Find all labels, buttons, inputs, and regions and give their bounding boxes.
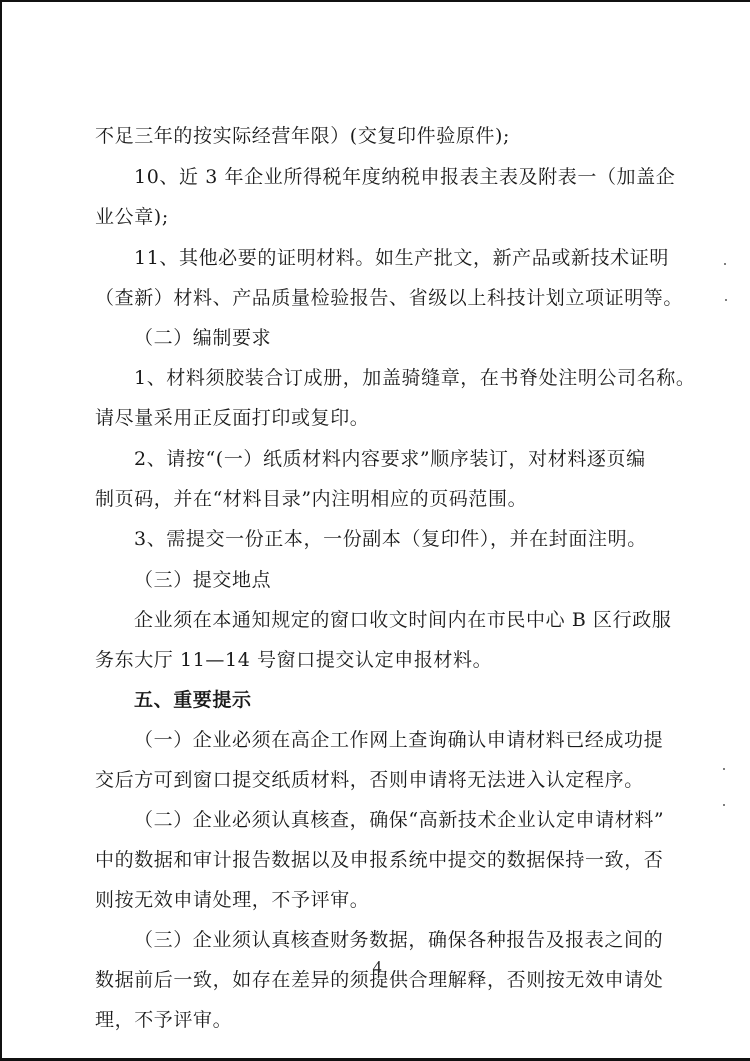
text-line-19: 中的数据和审计报告数据以及申报系统中提交的数据保持一致，否 [95,848,675,872]
text-line-16: （一）企业必须在高企工作网上查询确认申请材料已经成功提 [134,728,679,752]
text-line-21: （三）企业须认真核查财务数据，确保各种报告及报表之间的 [134,928,679,952]
text-line-7: 1、材料须胶装合订成册，加盖骑缝章，在书脊处注明公司名称。 [134,366,679,390]
text-line-13: 企业须在本通知规定的窗口收文时间内在市民中心 B 区行政服 [134,608,679,632]
section-heading-compilation: （二）编制要求 [134,326,679,350]
text-line-18: （二）企业必须认真核查，确保“高新技术企业认定申请材料” [134,808,679,832]
scan-speck [723,768,725,770]
document-page: 不足三年的按实际经营年限）(交复印件验原件); 10、近 3 年企业所得税年度纳… [0,0,750,1061]
text-line-14: 务东大厅 11—14 号窗口提交认定申报材料。 [95,648,675,672]
text-line-4: 11、其他必要的证明材料。如生产批文，新产品或新技术证明 [134,246,679,270]
text-line-17: 交后方可到窗口提交纸质材料，否则申请将无法进入认定程序。 [95,768,675,792]
text-line-20: 则按无效申请处理，不予评审。 [95,888,675,912]
text-line-23: 理，不予评审。 [95,1008,675,1032]
scan-speck [724,263,726,265]
text-line-9: 2、请按“(一）纸质材料内容要求”顺序装订，对材料逐页编 [134,447,679,471]
text-line-10: 制页码，并在“材料目录”内注明相应的页码范围。 [95,487,675,511]
scan-speck [725,299,727,301]
page-number: 4 [2,957,750,978]
scan-speck [723,804,725,806]
text-line-5: （查新）材料、产品质量检验报告、省级以上科技计划立项证明等。 [95,286,675,310]
text-line-8: 请尽量采用正反面打印或复印。 [95,406,675,430]
text-line-1: 不足三年的按实际经营年限）(交复印件验原件); [95,124,675,148]
text-line-2: 10、近 3 年企业所得税年度纳税申报表主表及附表一（加盖企 [134,165,679,189]
text-line-3: 业公章); [95,205,675,229]
text-line-11: 3、需提交一份正本，一份副本（复印件），并在封面注明。 [134,527,679,551]
section-heading-important-notes: 五、重要提示 [134,688,679,712]
section-heading-location: （三）提交地点 [134,568,679,592]
